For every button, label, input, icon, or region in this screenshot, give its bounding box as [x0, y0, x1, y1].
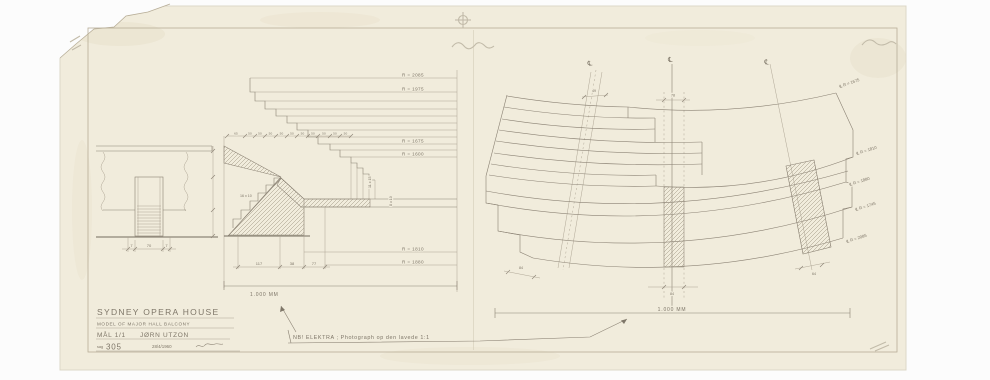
project-title: SYDNEY OPERA HOUSE — [97, 307, 219, 317]
radius-label: R = 1600 — [402, 152, 424, 157]
dim-label: 65 — [234, 132, 238, 136]
dim-label: 78 — [671, 94, 675, 98]
architect-name: JØRN UTZON — [140, 332, 189, 339]
dim-label: 50 — [269, 132, 273, 136]
centerline-icon: ℄ — [668, 56, 673, 64]
scale-label: 1.000 MM — [658, 307, 687, 313]
number-prefix: sag — [97, 345, 103, 349]
riser-count-label: 11 x 15 — [368, 176, 372, 188]
step-size-label: 16 x 10 — [240, 194, 252, 198]
dim-label: 50 — [290, 132, 294, 136]
dim-label: 70 — [147, 243, 152, 248]
radius-label: R = 1975 — [402, 87, 424, 92]
dim-label: 49 — [592, 89, 596, 93]
dim-label: 50 — [344, 132, 348, 136]
drawing-date: 28/4/1960 — [152, 344, 172, 349]
scanned-sheet: 7 70 7 — [0, 0, 990, 380]
dim-label: 50 — [311, 132, 315, 136]
drawing-subtitle: MODEL OF MAJOR HALL BALCONY — [97, 322, 190, 327]
dim-label: 50 — [333, 132, 337, 136]
dim-label: 38 — [290, 261, 295, 266]
dim-label: 84 — [519, 266, 523, 270]
dim-label: 50 — [248, 132, 252, 136]
radius-label: R = 2085 — [402, 73, 424, 78]
radius-label: R = 1880 — [402, 260, 424, 265]
scale-label: 1.000 MM — [250, 292, 279, 298]
dim-label: 77 — [312, 261, 317, 266]
dim-label: 64 — [812, 272, 816, 276]
dim-label: 117 — [256, 261, 263, 266]
dim-label: 84 — [670, 292, 674, 296]
dim-label: 50 — [280, 132, 284, 136]
tread-size-label: 8 x 10 — [389, 196, 393, 206]
dim-label: 50 — [258, 132, 262, 136]
radius-label: R = 1675 — [402, 139, 424, 144]
dim-label: 50 — [322, 132, 326, 136]
drawing-scan: 7 70 7 — [0, 0, 990, 380]
dim-label: 50 — [301, 132, 305, 136]
note-text: NB! ELEKTRA ; Photograph op den lavede 1… — [293, 335, 430, 341]
scale-note: MÅL 1/1 — [97, 330, 126, 339]
center-cut-strip — [664, 187, 684, 267]
drawing-number: 305 — [106, 343, 122, 352]
radius-label: R = 1810 — [402, 247, 424, 252]
